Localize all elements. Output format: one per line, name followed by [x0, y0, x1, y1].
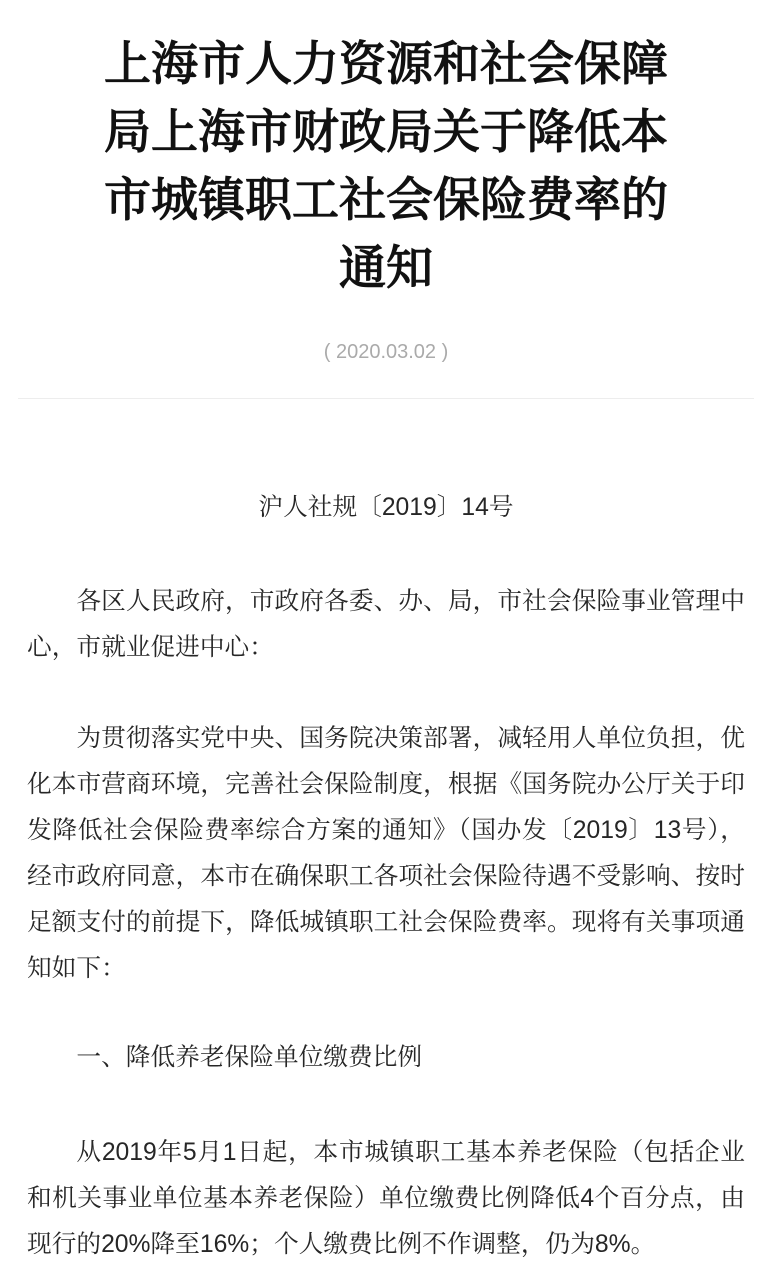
divider — [18, 398, 754, 399]
intro-paragraph: 为贯彻落实党中央、国务院决策部署，减轻用人单位负担，优化本市营商环境，完善社会保… — [27, 716, 745, 992]
section-1-heading: 一、降低养老保险单位缴费比例 — [27, 1035, 745, 1081]
document-number: 沪人社规〔2019〕14号 — [27, 485, 745, 531]
section-1-paragraph: 从2019年5月1日起，本市城镇职工基本养老保险（包括企业和机关事业单位基本养老… — [27, 1130, 745, 1268]
salutation-paragraph: 各区人民政府，市政府各委、办、局，市社会保险事业管理中心，市就业促进中心： — [27, 579, 745, 671]
notice-document-page: 上海市人力资源和社会保障局上海市财政局关于降低本市城镇职工社会保险费率的通知 (… — [0, 0, 772, 1280]
document-title: 上海市人力资源和社会保障局上海市财政局关于降低本市城镇职工社会保险费率的通知 — [94, 30, 679, 302]
publish-date: ( 2020.03.02 ) — [27, 338, 745, 366]
